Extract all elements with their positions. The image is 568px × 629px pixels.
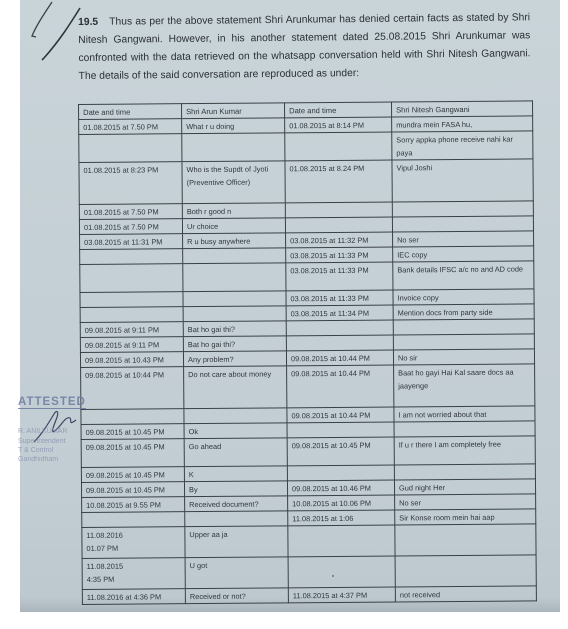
reply-date-cell: 09.08.2015 at 10.44 PM: [287, 365, 394, 408]
sender-date-cell: 01.08.2015 at 7.50 PM: [79, 204, 182, 220]
reply-date-cell: [286, 335, 393, 351]
arun-kumar-message-cell: Who is the Supdt of Jyoti (Preventive Of…: [182, 161, 285, 204]
column-header: Date and time: [284, 102, 391, 118]
sender-date-cell: 09.08.2015 at 9:11 PM: [80, 322, 183, 338]
sender-date-cell: 03.08.2015 at 11:31 PM: [80, 234, 183, 250]
sender-date-cell: 09.08.2015 at 10.43 PM: [80, 352, 183, 368]
reply-date-cell: [285, 217, 392, 233]
arun-kumar-message-cell: What r u doing: [182, 118, 285, 134]
nitesh-gangwani-message-cell: Sorry appka phone receive nahi kar paya: [392, 131, 533, 160]
sender-date-cell: 09.08.2015 at 9:11 PM: [80, 337, 183, 353]
arun-kumar-message-cell: [182, 133, 285, 162]
table-row: 01.08.2015 at 8:23 PMWho is the Supdt of…: [79, 159, 533, 205]
nitesh-gangwani-message-cell: [395, 524, 536, 556]
reply-date-cell: [287, 422, 394, 438]
nitesh-gangwani-message-cell: not received: [395, 586, 536, 602]
whatsapp-conversation-table: Date and timeShri Arun KumarDate and tim…: [78, 100, 537, 605]
table-row: 11.08.20154:35 PMU got: [82, 555, 536, 590]
ink-dot: [332, 575, 334, 577]
reply-date-cell: 09.08.2015 at 10.45 PM: [287, 437, 394, 466]
reply-date-cell: 03.08.2015 at 11:32 PM: [286, 232, 393, 248]
column-header: Shri Arun Kumar: [182, 103, 285, 119]
table-row: 03.08.2015 at 11:33 PMBank details IFSC …: [80, 261, 534, 293]
reply-date-cell: [287, 465, 394, 481]
nitesh-gangwani-message-cell: [395, 555, 536, 587]
nitesh-gangwani-message-cell: Vipul Joshi: [392, 159, 533, 202]
arun-kumar-message-cell: Upper aa ja: [185, 526, 288, 558]
arun-kumar-message-cell: Go ahead: [184, 438, 287, 467]
reply-date-cell: 01.08.2015 at 8.24 PM: [285, 160, 392, 203]
sender-date-cell: [80, 292, 183, 308]
sender-date-cell: 11.08.20154:35 PM: [82, 558, 185, 590]
reply-date-cell: 09.08.2015 at 10.46 PM: [287, 480, 394, 496]
reply-date-cell: [288, 556, 395, 588]
sender-date-cell: [81, 409, 184, 425]
arun-kumar-message-cell: [185, 511, 288, 527]
arun-kumar-message-cell: Both r good n: [182, 203, 285, 219]
sender-date-cell: 09.08.2015 at 10.45 PM: [81, 467, 184, 483]
sender-date-cell: 01.08.2015 at 7.50 PM: [79, 119, 182, 135]
nitesh-gangwani-message-cell: IEC copy: [393, 246, 534, 262]
reply-date-cell: 03.08.2015 at 11:33 PM: [286, 290, 393, 306]
nitesh-gangwani-message-cell: Sir Konse room mein hai aap: [395, 509, 536, 525]
reply-date-cell: 09.08.2015 at 10.44 PM: [287, 407, 394, 423]
nitesh-gangwani-message-cell: Bank details IFSC a/c no and AD code: [393, 261, 534, 290]
conversation-table-wrapper: Date and timeShri Arun KumarDate and tim…: [78, 100, 536, 605]
nitesh-gangwani-message-cell: If u r there I am completely free: [394, 436, 535, 465]
reply-date-cell: 03.08.2015 at 11:33 PM: [286, 247, 393, 263]
reply-date-cell: 11.08.2015 at 1:06: [288, 510, 395, 526]
sender-date-cell: 09.08.2015 at 10.45 PM: [81, 424, 184, 440]
reply-date-cell: [286, 320, 393, 336]
paragraph-number: 19.5: [78, 17, 98, 28]
reply-date-cell: [288, 525, 395, 557]
arun-kumar-message-cell: K: [184, 466, 287, 482]
arun-kumar-message-cell: U got: [185, 557, 288, 589]
table-row: 09.08.2015 at 10:44 PMDo not care about …: [81, 364, 535, 410]
arun-kumar-message-cell: [183, 263, 286, 292]
sender-date-cell: [80, 264, 183, 293]
reply-date-cell: 11.08.2015 at 4:37 PM: [288, 587, 395, 603]
arun-kumar-message-cell: [183, 248, 286, 264]
column-header: Shri Nitesh Gangwani: [391, 101, 532, 117]
reply-date-cell: 03.08.2015 at 11:33 PM: [286, 262, 393, 291]
arun-kumar-message-cell: Do not care about money: [184, 366, 287, 409]
nitesh-gangwani-message-cell: Mention docs from party side: [393, 304, 534, 320]
reply-date-cell: [285, 132, 392, 161]
sender-date-cell: [80, 307, 183, 323]
sender-date-cell: [80, 249, 183, 265]
nitesh-gangwani-message-cell: No sir: [393, 349, 534, 365]
arun-kumar-message-cell: Ok: [184, 423, 287, 439]
arun-kumar-message-cell: [183, 291, 286, 307]
reply-date-cell: 10.08.2015 at 10.06 PM: [288, 495, 395, 511]
arun-kumar-message-cell: Received or not?: [185, 588, 288, 604]
arun-kumar-message-cell: Any problem?: [183, 351, 286, 367]
arun-kumar-message-cell: Received document?: [185, 496, 288, 512]
sender-date-cell: 09.08.2015 at 10:44 PM: [81, 367, 184, 410]
sender-date-cell: 09.08.2015 at 10.45 PM: [81, 482, 184, 498]
nitesh-gangwani-message-cell: No ser: [393, 231, 534, 247]
nitesh-gangwani-message-cell: I am not worried about that: [394, 406, 535, 422]
reply-date-cell: 01.08.2015 at 8:14 PM: [285, 117, 392, 133]
table-row: 09.08.2015 at 10.45 PMGo ahead09.08.2015…: [81, 436, 535, 468]
paragraph-19-5: 19.5 Thus as per the above statement Shr…: [78, 9, 531, 86]
sender-date-cell: 10.08.2015 at 9.55 PM: [82, 497, 185, 513]
table-row: Sorry appka phone receive nahi kar paya: [79, 131, 533, 163]
nitesh-gangwani-message-cell: Gud night Her: [394, 479, 535, 495]
arun-kumar-message-cell: By: [184, 481, 287, 497]
sender-date-cell: 09.08.2015 at 10.45 PM: [81, 439, 184, 468]
table-row: 11.08.2016 at 4:36 PMReceived or not?11.…: [82, 586, 536, 605]
nitesh-gangwani-message-cell: mundra mein FASA hu,: [392, 116, 533, 132]
sender-date-cell: 11.08.201601.07 PM: [82, 527, 185, 559]
sender-date-cell: [82, 512, 185, 528]
nitesh-gangwani-message-cell: [393, 319, 534, 335]
arun-kumar-message-cell: Ur choice: [182, 218, 285, 234]
nitesh-gangwani-message-cell: No ser: [395, 494, 536, 510]
nitesh-gangwani-message-cell: [394, 421, 535, 437]
nitesh-gangwani-message-cell: Baat ho gayi Hai Kal saare docs aa jaaye…: [394, 364, 535, 407]
sender-date-cell: 01.08.2015 at 8:23 PM: [79, 162, 182, 205]
arun-kumar-message-cell: R u busy anywhere: [183, 233, 286, 249]
arun-kumar-message-cell: [183, 306, 286, 322]
table-row: 11.08.201601.07 PMUpper aa ja: [82, 524, 536, 559]
arun-kumar-message-cell: [184, 408, 287, 424]
nitesh-gangwani-message-cell: [394, 464, 535, 480]
arun-kumar-message-cell: Bat ho gai thi?: [183, 321, 286, 337]
column-header: Date and time: [79, 104, 182, 120]
reply-date-cell: [285, 202, 392, 218]
sender-date-cell: [79, 134, 182, 163]
reply-date-cell: 09.08.2015 at 10.44 PM: [286, 350, 393, 366]
nitesh-gangwani-message-cell: [392, 201, 533, 217]
nitesh-gangwani-message-cell: Invoice copy: [393, 289, 534, 305]
nitesh-gangwani-message-cell: [392, 216, 533, 232]
sender-date-cell: 01.08.2015 at 7.50 PM: [79, 219, 182, 235]
reply-date-cell: 03.08.2015 at 11:34 PM: [286, 305, 393, 321]
nitesh-gangwani-message-cell: [393, 334, 534, 350]
paragraph-text: Thus as per the above statement Shri Aru…: [78, 12, 530, 82]
arun-kumar-message-cell: Bat ho gai thi?: [183, 336, 286, 352]
sender-date-cell: 11.08.2016 at 4:36 PM: [82, 589, 185, 605]
